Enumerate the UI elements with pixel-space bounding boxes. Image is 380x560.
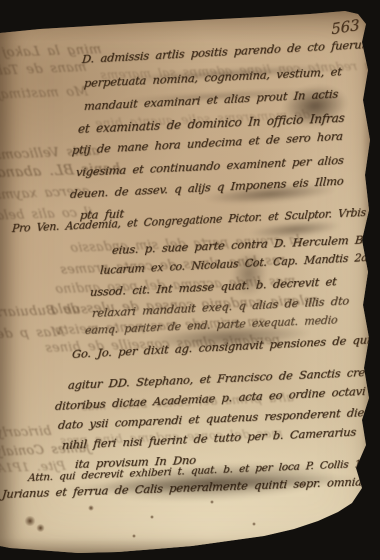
manuscript-line: deuen. de assev. q alijs q Imponens eis … [69,174,344,201]
page-number: 563 [331,16,360,39]
stain-spot [88,505,94,511]
stain-spot [24,516,36,526]
bleed-through-line: sub Bubuiars [0,302,89,320]
manuscript-page: ming la Lakoj mans de Tab Mo mastimaj al… [0,0,380,560]
stain-spot [36,524,45,532]
bleed-through-line: mans de Tab [0,60,88,79]
bleed-through-line: Mas p de [0,325,66,342]
stain-spot [210,500,214,504]
stain-spot [150,515,154,519]
stain-spot [132,534,136,538]
manuscript-photo: ming la Lakoj mans de Tab Mo mastimaj al… [0,0,380,560]
bleed-through-line: Mo mastimaj [0,84,89,102]
stain-spot [252,522,256,526]
bleed-through-line: biricarly [0,423,52,440]
